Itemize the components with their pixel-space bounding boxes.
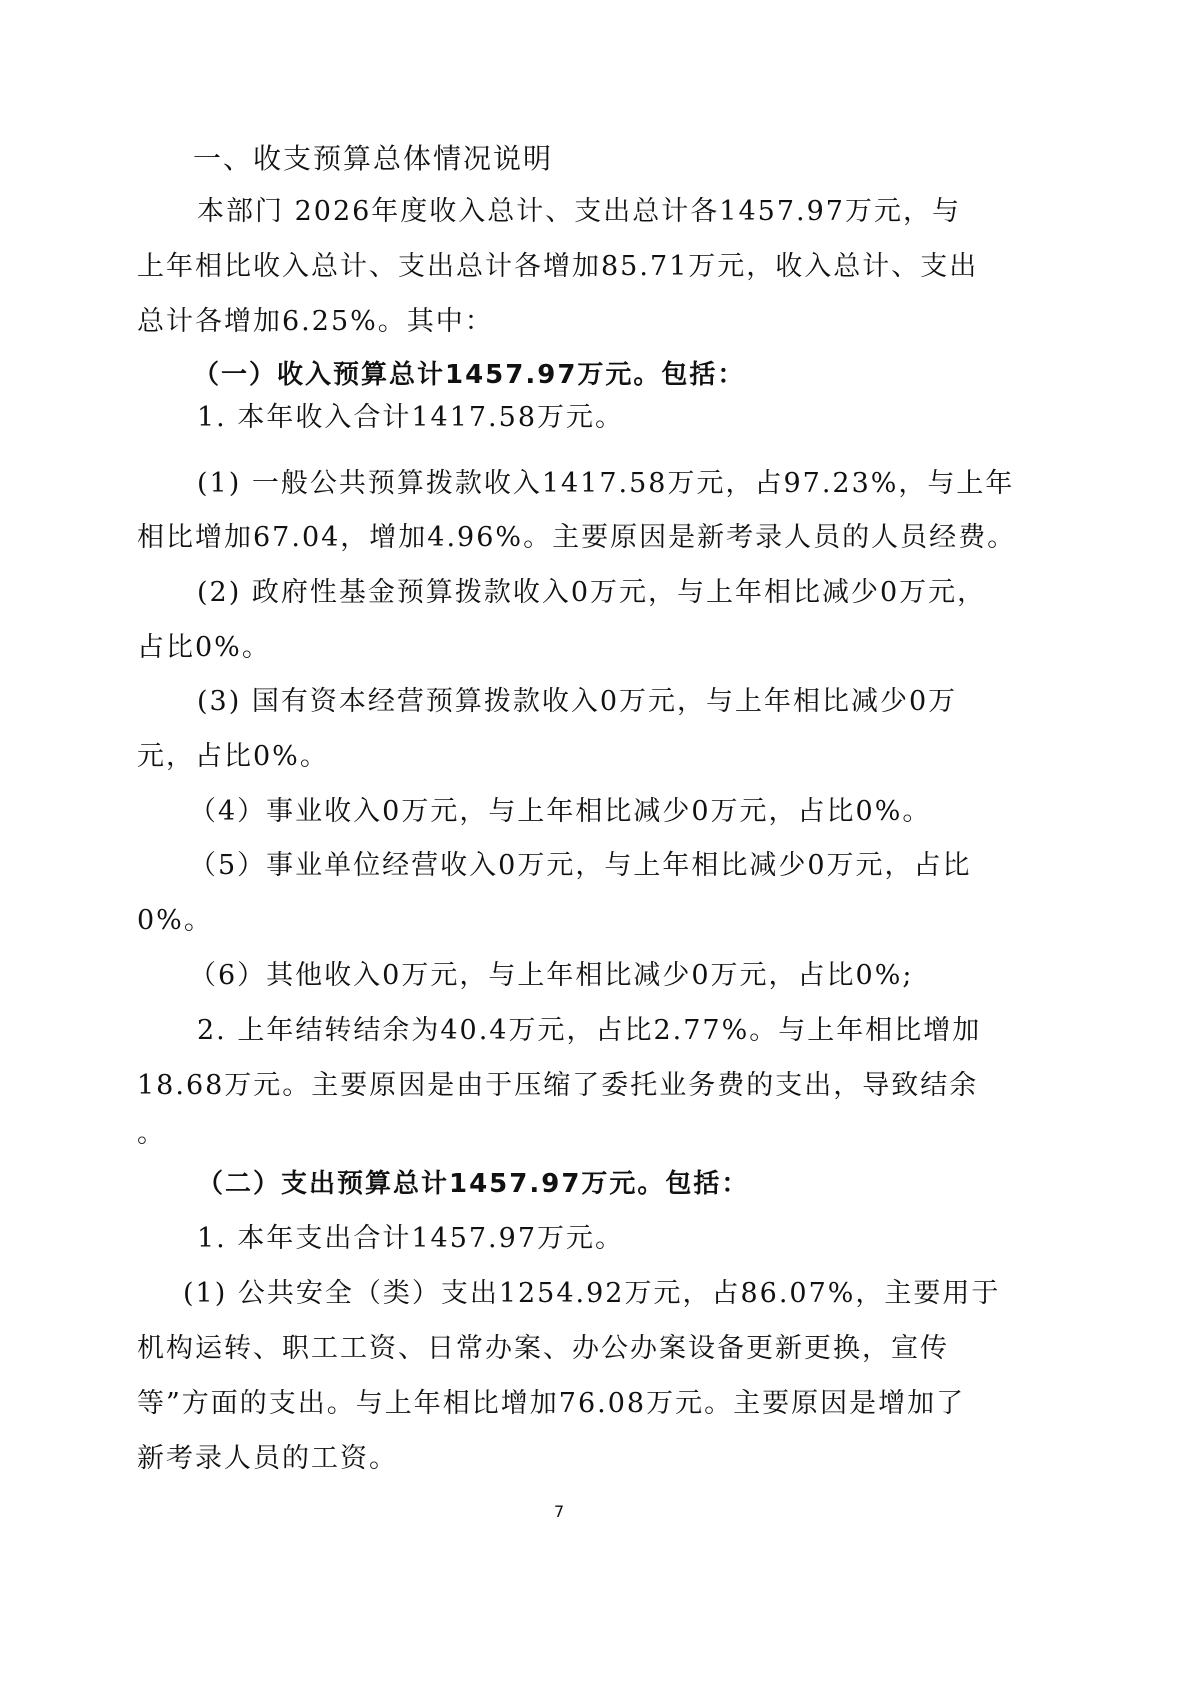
paragraph-line: 1. 本年收入合计1417.58万元。 [197, 402, 624, 434]
paragraph-line: 总计各增加6.25%。其中： [137, 306, 494, 338]
page-number: 7 [554, 1502, 564, 1521]
paragraph-line: 0%。 [137, 905, 213, 937]
paragraph-line: 1. 本年支出合计1457.97万元。 [197, 1223, 624, 1255]
paragraph-line: 2. 上年结转结余为40.4万元，占比2.77%。与上年相比增加 [197, 1015, 981, 1047]
paragraph-line: 占比0%。 [137, 632, 271, 664]
paragraph-line: 。 [137, 1118, 166, 1150]
paragraph-line: (1) 公共安全（类）支出1254.92万元，占86.07%，主要用于 [183, 1278, 1000, 1310]
paragraph-line: 上年相比收入总计、支出总计各增加85.71万元，收入总计、支出 [137, 251, 978, 283]
paragraph-line: （6）其他收入0万元，与上年相比减少0万元，占比0%; [189, 960, 913, 992]
paragraph-line: （4）事业收入0万元，与上年相比减少0万元，占比0%。 [189, 796, 931, 828]
subsection-heading-expense: （二）支出预算总计1457.97万元。包括： [197, 1168, 749, 1200]
paragraph-line: 等”方面的支出。与上年相比增加76.08万元。主要原因是增加了 [137, 1388, 965, 1420]
paragraph-line: 18.68万元。主要原因是由于压缩了委托业务费的支出，导致结余 [137, 1070, 978, 1102]
subsection-heading-income: （一）收入预算总计1457.97万元。包括： [193, 359, 745, 391]
section-heading: 一、收支预算总体情况说明 [193, 143, 553, 175]
paragraph-line: 相比增加67.04，增加4.96%。主要原因是新考录人员的人员经费。 [137, 522, 1016, 554]
paragraph-line: (3) 国有资本经营预算拨款收入0万元，与上年相比减少0万 [197, 686, 957, 718]
paragraph-line: （5）事业单位经营收入0万元，与上年相比减少0万元，占比 [189, 850, 972, 882]
paragraph-line: (2) 政府性基金预算拨款收入0万元，与上年相比减少0万元， [197, 577, 986, 609]
paragraph-line: 本部门 2026年度收入总计、支出总计各1457.97万元，与 [197, 196, 961, 228]
paragraph-line: 元，占比0%。 [137, 741, 329, 773]
paragraph-line: (1) 一般公共预算拨款收入1417.58万元，占97.23%，与上年 [197, 468, 1014, 500]
paragraph-line: 新考录人员的工资。 [137, 1443, 398, 1475]
paragraph-line: 机构运转、职工工资、日常办案、办公办案设备更新更换，宣传 [137, 1333, 949, 1365]
